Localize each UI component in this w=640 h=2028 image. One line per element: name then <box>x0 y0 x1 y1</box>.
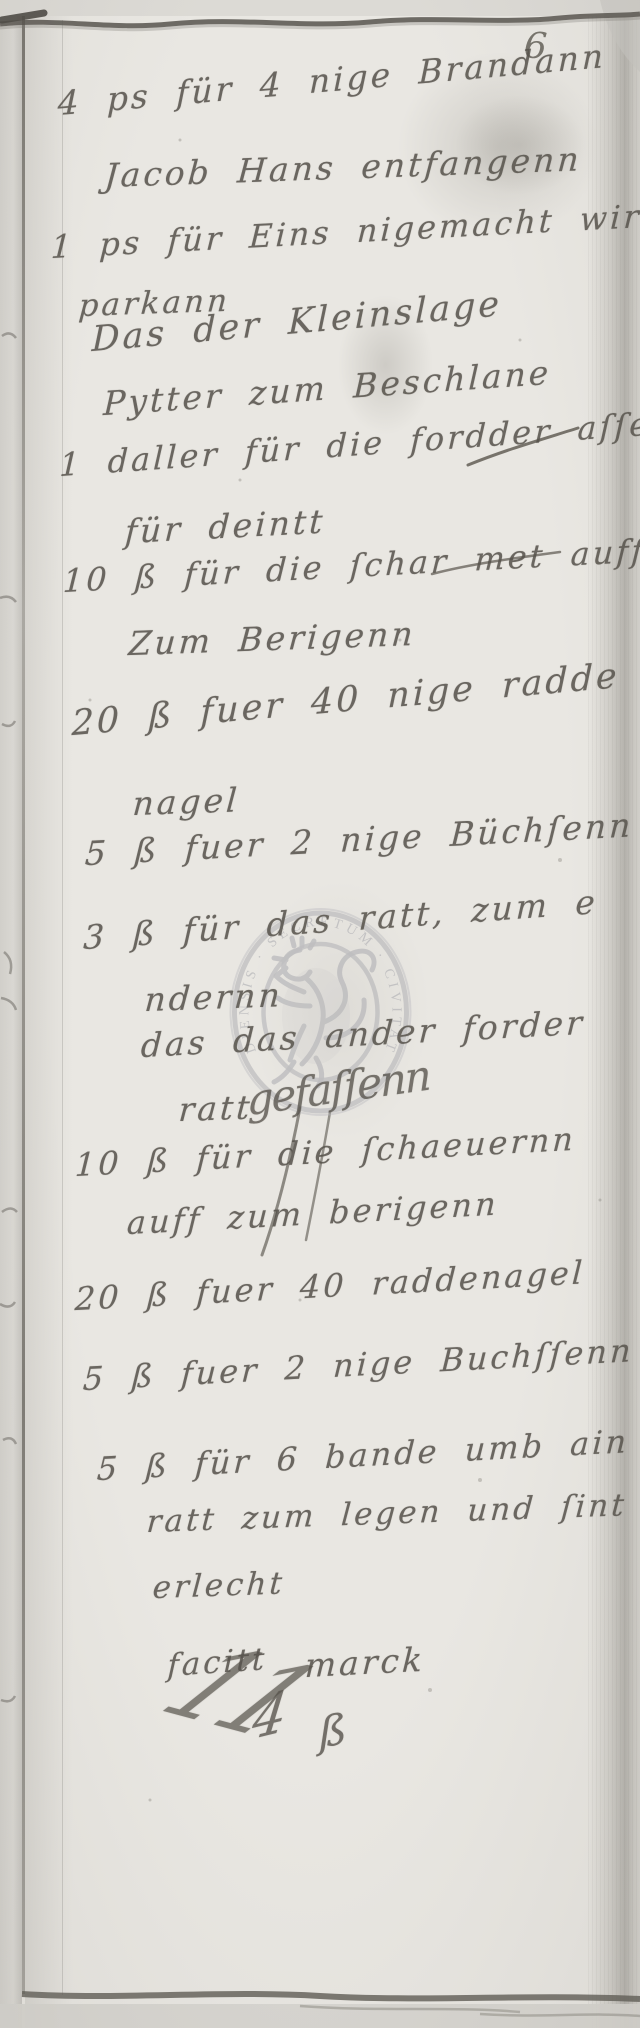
total-shillings-unit: ß <box>318 1704 350 1758</box>
total-marks-unit: marck <box>304 1640 426 1685</box>
manuscript-line: Zum Berigenn <box>127 614 417 663</box>
manuscript-line: 20 ß fuer 40 raddenagel <box>74 1253 586 1318</box>
manuscript-line: 4 ps für 4 nige Brandann <box>57 36 606 123</box>
manuscript-line: Jacob Hans entfangenn <box>103 139 583 195</box>
manuscript-line: für deintt <box>124 501 326 551</box>
manuscript-page: DIENSIS · SECRETUM · CIVITATIS 6 4 ps fü… <box>0 0 640 2028</box>
gutter-shadow <box>25 0 73 2028</box>
manuscript-line: auff zum berigenn <box>126 1185 500 1243</box>
manuscript-line: 20 ß fuer 40 nige radde <box>71 656 620 744</box>
adjacent-page-edge <box>0 0 22 2028</box>
manuscript-line: nagel <box>131 780 241 823</box>
manuscript-line: 1 ps für Eins nigemacht wirtt <box>50 195 640 266</box>
manuscript-line: Pytter zum Beschlane <box>103 353 552 424</box>
manuscript-line: 10 ß für die ſchaeuernn <box>74 1120 577 1184</box>
manuscript-line: gefaſſenn <box>246 1050 430 1125</box>
manuscript-line: 5 ß für 6 bande umb ain <box>96 1422 630 1488</box>
manuscript-line: ndernn <box>143 975 284 1019</box>
bottom-margin-strip <box>0 2004 640 2028</box>
top-margin-strip <box>0 0 640 16</box>
manuscript-line: ratt zum legen und ſint <box>145 1487 628 1540</box>
manuscript-line: ratt <box>177 1087 254 1129</box>
page-top-edge <box>0 14 640 26</box>
manuscript-line: 3 ß für das ratt, zum e <box>83 882 599 957</box>
page-right-edge <box>588 0 640 2028</box>
manuscript-line: 5 ß fuer 2 nige Buchſſenn <box>82 1331 635 1398</box>
page-bottom-edge <box>22 1994 640 1999</box>
manuscript-line: erlecht <box>151 1565 286 1606</box>
